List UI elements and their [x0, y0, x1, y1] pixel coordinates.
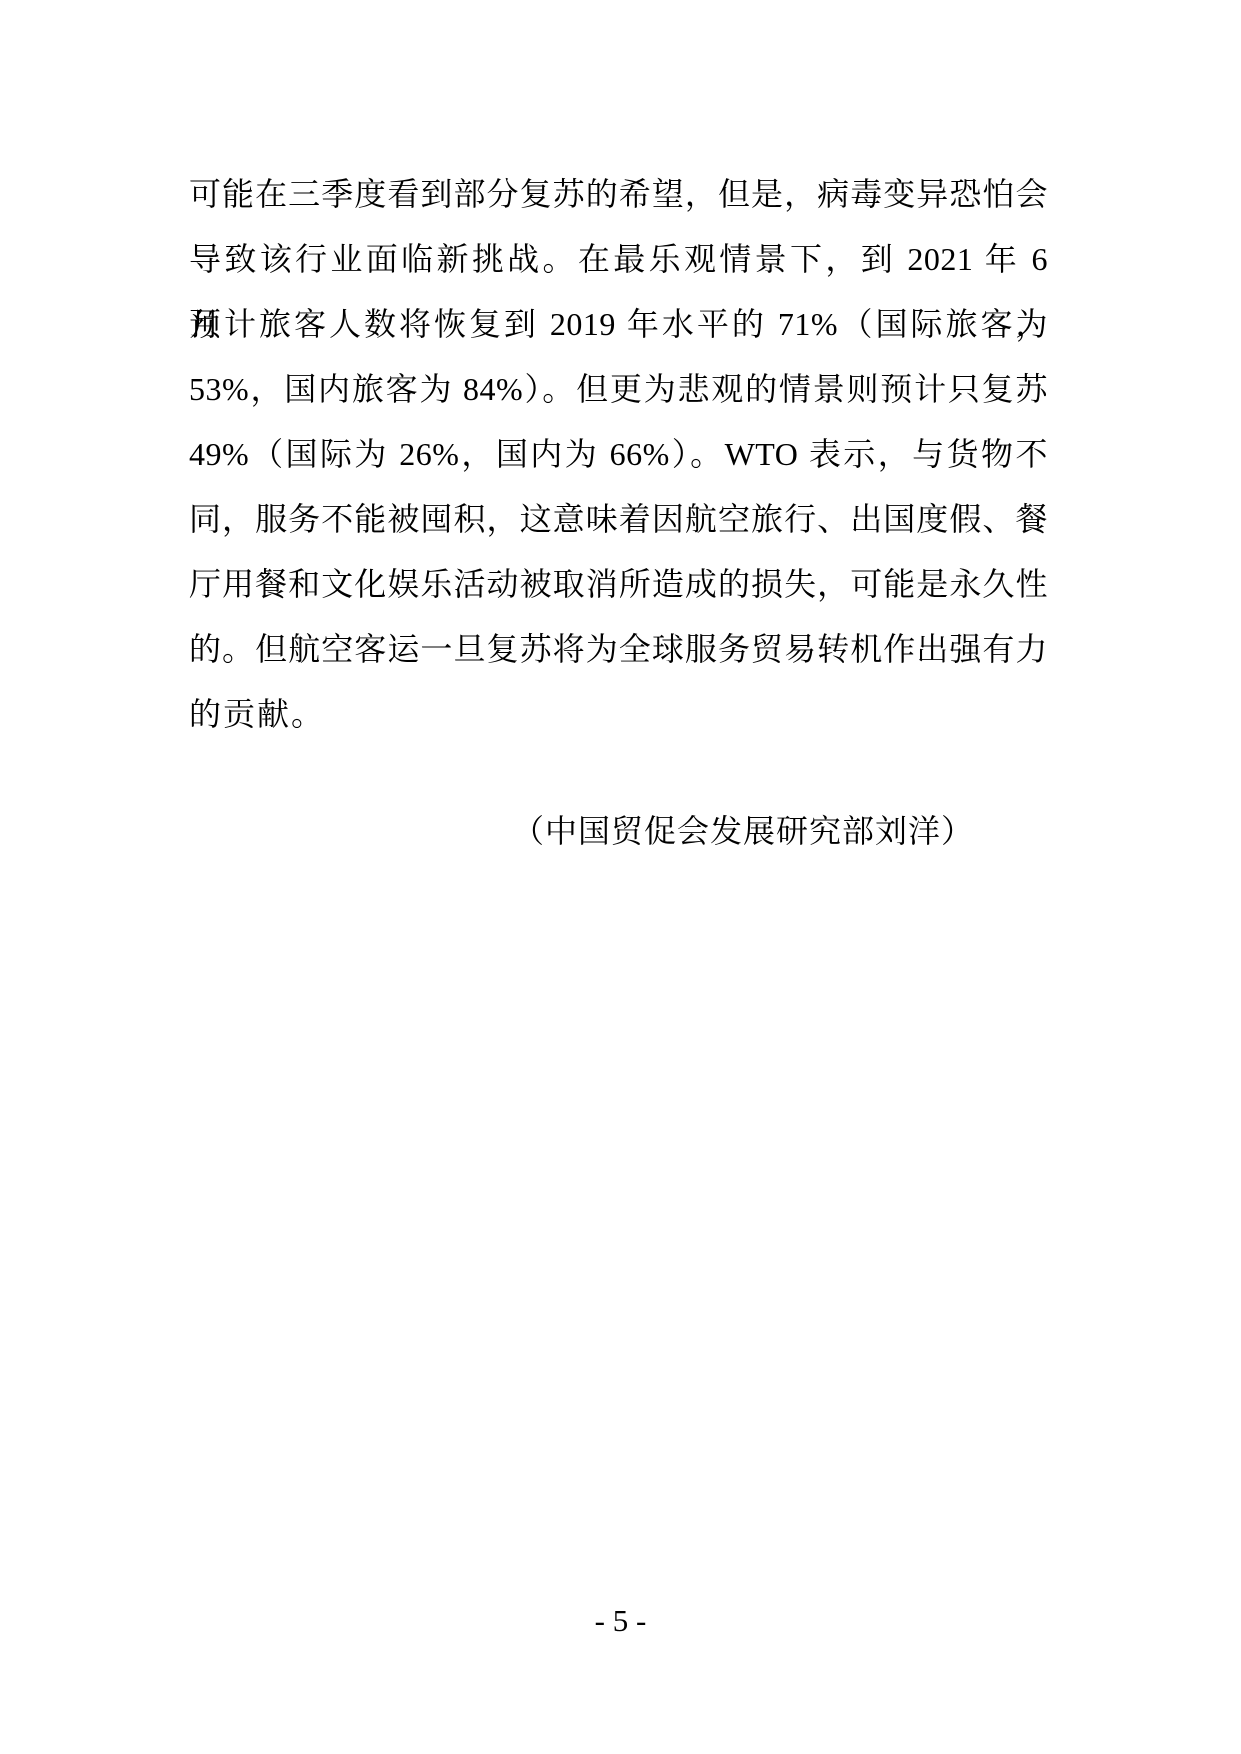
paragraph-line: 可能在三季度看到部分复苏的希望，但是，病毒变异恐怕会 [189, 162, 1048, 227]
page-number: - 5 - [0, 1600, 1241, 1642]
paragraph-line: 49%（国际为 26%，国内为 66%）。WTO 表示，与货物不 [189, 422, 1048, 487]
paragraph-line: 导致该行业面临新挑战。在最乐观情景下，到 2021 年 6 月， [189, 227, 1048, 292]
paragraph-line: 的。但航空客运一旦复苏将为全球服务贸易转机作出强有力 [189, 617, 1048, 682]
paragraph-line: 厅用餐和文化娱乐活动被取消所造成的损失，可能是永久性 [189, 552, 1048, 617]
paragraph-line: 的贡献。 [189, 682, 1048, 747]
paragraph-line: 预计旅客人数将恢复到 2019 年水平的 71%（国际旅客为 [189, 292, 1048, 357]
body-text: 可能在三季度看到部分复苏的希望，但是，病毒变异恐怕会 导致该行业面临新挑战。在最… [189, 162, 1048, 864]
document-page: 可能在三季度看到部分复苏的希望，但是，病毒变异恐怕会 导致该行业面临新挑战。在最… [0, 0, 1241, 1754]
paragraph-line: 同，服务不能被囤积，这意味着因航空旅行、出国度假、餐 [189, 487, 1048, 552]
attribution-line: （中国贸促会发展研究部刘洋） [189, 799, 1048, 864]
paragraph-line: 53%，国内旅客为 84%）。但更为悲观的情景则预计只复苏 [189, 357, 1048, 422]
